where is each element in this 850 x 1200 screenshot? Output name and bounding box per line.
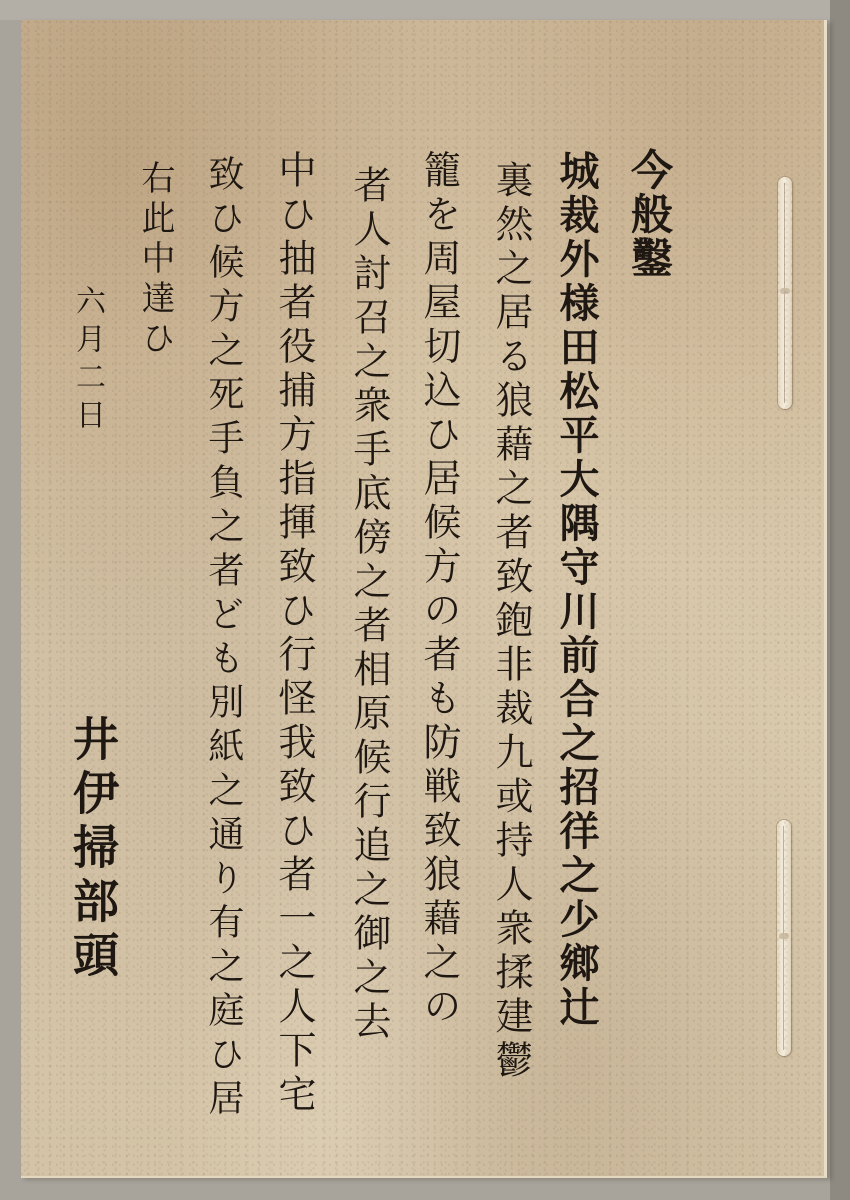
text-column-7: 致ひ候方之死手負之者ども別紙之通り有之庭ひ居 [205,155,241,1123]
text-column-3: 裏然之居る狼藉之者致鉋非裁九或持人衆揉建鬱 [492,160,530,1084]
text-column-8: 右此中達ひ [138,160,172,360]
text-column-1: 今般鑿 [628,148,670,280]
scan-backdrop [0,0,850,20]
date-column: 六月二日 [72,285,102,437]
binding-thread-bottom [777,820,791,1056]
text-column-2: 城裁外様田松平大隅守川前合之招徉之少鄉辻 [556,150,596,1030]
text-column-4: 籠を周屋切込ひ居候方の者も防戦致狼藉之の [420,150,458,1030]
signature-column: 井伊掃部頭 [70,715,116,985]
binding-thread-top [778,177,792,409]
scan-backdrop-right [830,0,850,1200]
text-column-6: 中ひ抽者役捕方指揮致ひ行怪我致ひ者一之人下宅 [275,150,313,1118]
text-column-5: 者人討召之衆手底傍之者相原候行追之御之去 [350,165,388,1045]
